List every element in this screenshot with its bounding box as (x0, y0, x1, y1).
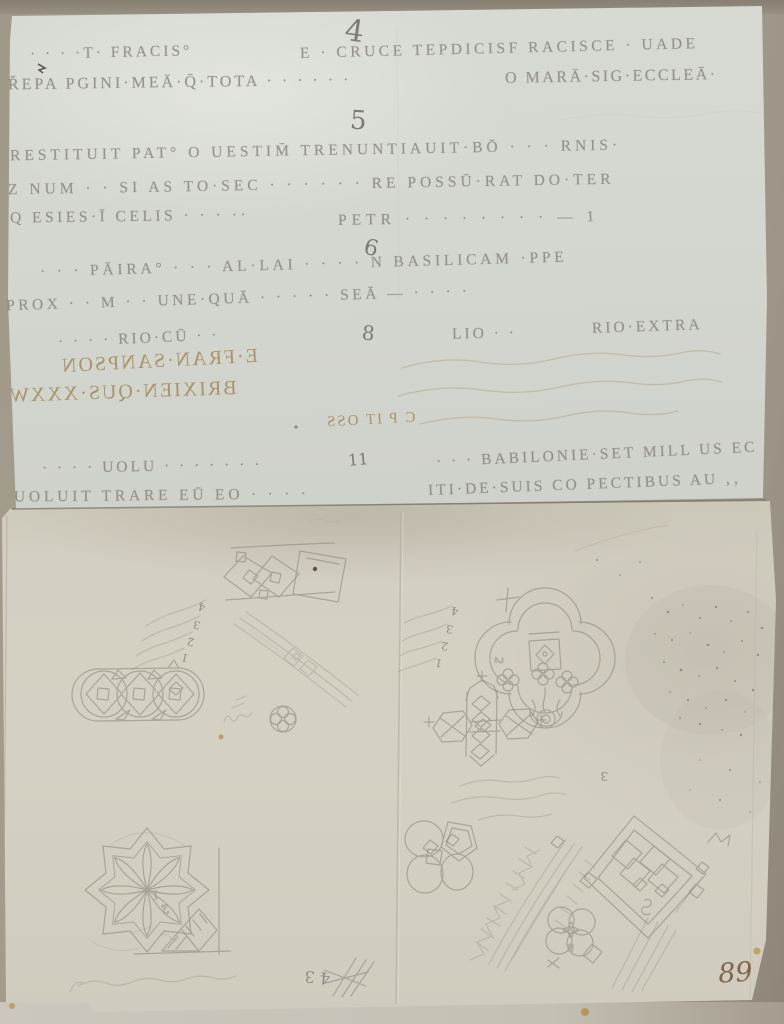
section-number-8: 8 (361, 320, 376, 345)
archive-scan: · · · ·T· FRACIS° 4 E · CRUCE TEPDICISF … (0, 0, 784, 1024)
section-number-5: 5 (349, 105, 368, 136)
inscription-line-1-left: · · · ·T· FRACIS° (30, 42, 193, 63)
section-number-11: 11 (347, 449, 369, 470)
inscription-line-8-right: RIO·EXTRA (592, 316, 703, 338)
inscription-line-5-right: PETR · · · · · · · · — 1 (338, 208, 599, 230)
inscription-line-2-right: O MARĀ·SIG·ECCLEĀ· (505, 66, 718, 88)
inscription-line-5-left: Q ESIES·Ī CELIS · · · ·· (10, 206, 249, 227)
inscription-line-9-left: · · · · UOLU · · · · · · · (42, 456, 263, 478)
inscription-line-10-left: UOLUIT TRARE EŪ EO · · · · (14, 485, 310, 506)
inscription-line-8-mid: LIO · · (452, 324, 517, 343)
